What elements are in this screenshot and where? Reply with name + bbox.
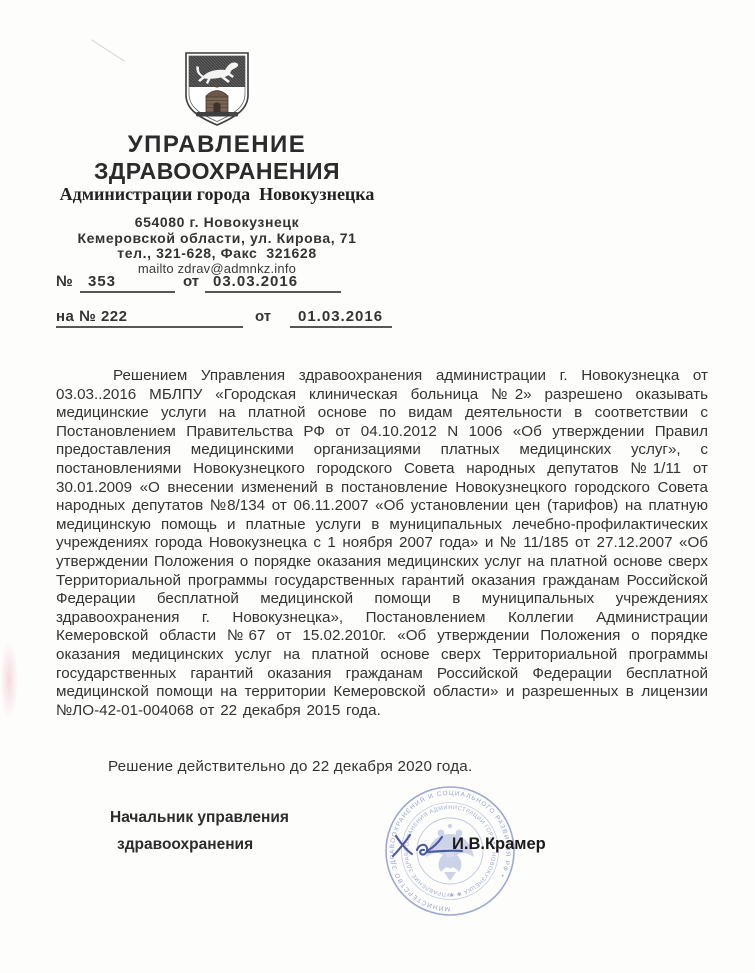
outgoing-number-value: 353 bbox=[88, 273, 116, 290]
address-postal-line: 654080 г. Новокузнецк bbox=[47, 214, 387, 230]
outgoing-number-blank: 353 bbox=[80, 271, 175, 293]
validity-line: Решение действительно до 22 декабря 2020… bbox=[108, 758, 472, 775]
letterhead: УПРАВЛЕНИЕ ЗДРАВООХРАНЕНИЯ Администрации… bbox=[47, 50, 387, 276]
scan-smudge-artifact bbox=[0, 640, 18, 720]
outgoing-date-value: 03.03.2016 bbox=[213, 273, 298, 290]
incoming-date-value: 01.03.2016 bbox=[298, 308, 383, 325]
from-label: от bbox=[183, 273, 199, 290]
incoming-number-value: на № 222 bbox=[56, 308, 128, 325]
address-street-line: Кемеровской области, ул. Кирова, 71 bbox=[47, 230, 387, 246]
coat-of-arms-icon bbox=[183, 50, 251, 128]
incoming-date-blank: 01.03.2016 bbox=[290, 306, 392, 328]
org-name-line2: ЗДРАВООХРАНЕНИЯ bbox=[47, 158, 387, 184]
org-name-line3: Администрации города Новокузнецка bbox=[47, 184, 387, 205]
scanned-letter-page: УПРАВЛЕНИЕ ЗДРАВООХРАНЕНИЯ Администрации… bbox=[0, 0, 755, 973]
outgoing-date-blank: 03.03.2016 bbox=[205, 271, 341, 293]
incoming-reference-row: на № 222 от 01.03.2016 bbox=[56, 308, 456, 328]
incoming-number-blank: на № 222 bbox=[56, 306, 243, 328]
signer-title-line1: Начальник управления bbox=[110, 809, 289, 827]
signer-name: И.В.Крамер bbox=[452, 835, 546, 854]
number-label: № bbox=[56, 273, 73, 290]
reply-from-label: от bbox=[255, 308, 271, 325]
decision-paragraph: Решением Управления здравоохранения адми… bbox=[56, 367, 708, 720]
signer-title-line2: здравоохранения bbox=[117, 836, 253, 854]
org-name-line1: УПРАВЛЕНИЕ bbox=[47, 131, 387, 158]
phone-fax-line: тел., 321-628, Факс 321628 bbox=[47, 246, 387, 261]
outgoing-reference-row: № 353 от 03.03.2016 bbox=[56, 273, 456, 293]
